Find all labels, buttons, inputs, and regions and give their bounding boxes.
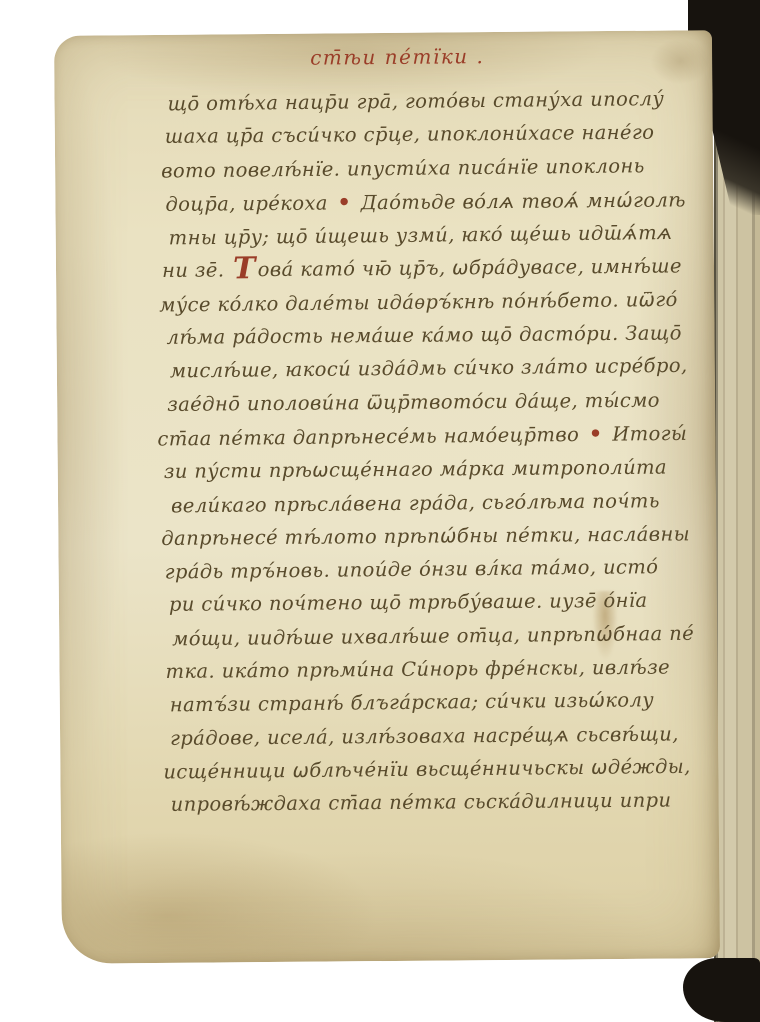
text-run: му́се ко́лко дале́ты ида́ѳръ́кнѣ по́нѣ́б…: [159, 288, 678, 317]
text-run: що̄ отѣ́ха нацр̄и гра̄, гото́вы стану́ха…: [167, 87, 664, 115]
manuscript-page: ст̄ѣи пе́тїки . що̄ отѣ́ха нацр̄и гра̄, …: [54, 30, 720, 964]
manuscript-line: що̄ отѣ́ха нацр̄и гра̄, гото́вы стану́ха…: [167, 82, 666, 121]
text-run: Дао́тьде во́лѧ твоѧ́ мнѡ́голѣ: [354, 188, 686, 214]
text-run: мо́щи, иидѣ́ше ихвалѣ́ше от̄ца, ипрѣпѡ́б…: [172, 622, 694, 651]
text-run: шаха цр̄а съси́чко ср̄це, ипоклони́хасе …: [165, 121, 655, 148]
manuscript-line: исще́нници ѡблѣче́нїи вьсще́нничьскы ѡде…: [163, 750, 672, 789]
manuscript-line: ни зе̄. Това́ като́ чю̄ цр̄ъ, ѡбра́дувас…: [162, 250, 668, 288]
manuscript-line: доцр̄а, ире́коха • Дао́тьде во́лѧ твоѧ́ …: [165, 182, 667, 221]
manuscript-line: натъ́зи странѣ́ блъга́рскаа; си́чки изьѡ…: [170, 683, 672, 722]
manuscript-line: му́се ко́лко дале́ты ида́ѳръ́кнѣ по́нѣ́б…: [159, 283, 668, 322]
text-run: мислѣ́ше, ꙗкоси́ изда́дмь си́чко зла́то …: [170, 354, 688, 383]
manuscript-line: зи пу́сти прѣѡсще́ннаго ма́рка митрополи…: [164, 451, 670, 489]
manuscript-line: ри си́чко поч́тено що̄ трѣбу́ваше. иузе̄…: [169, 584, 671, 622]
manuscript-line: тны цр̄у; що̄ и́щешь узми́, ꙗко́ ще́шь и…: [169, 216, 668, 255]
manuscript-line: мислѣ́ше, ꙗкоси́ изда́дмь си́чко зла́то …: [170, 349, 669, 388]
manuscript-line: тка. ика́то прѣми́на Си́норь фре́нскы, и…: [165, 651, 671, 689]
corner-shadow: [650, 38, 710, 85]
manuscript-line: гра́дь тръ́новь. ипои́де о́нзи вл́ка та́…: [164, 550, 670, 589]
text-run: тка. ика́то прѣми́на Си́норь фре́нскы, и…: [165, 656, 670, 683]
manuscript-line: дапрѣнесе́ тѣ́лото прѣпѡ́бны пе́тки, нас…: [161, 517, 670, 555]
text-run: зае́дно̄ иполови́на ѿцр̄твото́си да́ще, …: [167, 388, 660, 415]
manuscript-line: зае́дно̄ иполови́на ѿцр̄твото́си да́ще, …: [167, 383, 669, 421]
scan-background: ст̄ѣи пе́тїки . що̄ отѣ́ха нацр̄и гра̄, …: [0, 0, 760, 1022]
manuscript-line: мо́щи, иидѣ́ше ихвалѣ́ше от̄ца, ипрѣпѡ́б…: [172, 617, 671, 656]
text-run: тны цр̄у; що̄ и́щешь узми́, ꙗко́ ще́шь и…: [169, 221, 673, 249]
text-run: доцр̄а, ире́коха: [165, 191, 334, 215]
text-run: ри си́чко поч́тено що̄ трѣбу́ваше. иузе̄…: [169, 589, 648, 616]
rubric-initial: Т: [231, 252, 258, 287]
rubric-dot: •: [586, 421, 606, 446]
text-block: що̄ отѣ́ха нацр̄и гра̄, гото́вы стану́ха…: [164, 83, 672, 822]
text-run: гра́дь тръ́новь. ипои́де о́нзи вл́ка та́…: [165, 555, 659, 583]
rubric-dot: •: [334, 189, 354, 214]
manuscript-line: лѣ́ма ра́дость нема́ше ка́мо що̄ дасто́р…: [166, 317, 668, 355]
text-run: лѣ́ма ра́дость нема́ше ка́мо що̄ дасто́р…: [166, 321, 681, 348]
running-title: ст̄ѣи пе́тїки .: [310, 44, 484, 70]
manuscript-line: ипровѣ́ждаха ст̄аа пе́тка сьска́дилници …: [171, 784, 673, 822]
text-run: ипровѣ́ждаха ст̄аа пе́тка сьска́дилници …: [171, 789, 672, 816]
text-run: вели́каго прѣсла́вена гра́да, сьго́лѣма …: [171, 489, 660, 517]
text-run: зи пу́сти прѣѡсще́ннаго ма́рка митрополи…: [164, 456, 667, 483]
book-cover-bottom: [683, 958, 760, 1022]
text-run: ова́ като́ чю̄ цр̄ъ, ѡбра́дувасе, имнѣ́ш…: [258, 255, 682, 282]
text-run: дапрѣнесе́ тѣ́лото прѣпѡ́бны пе́тки, нас…: [161, 522, 690, 550]
manuscript-line: ст̄аа пе́тка дапрѣнесе́мь намо́ецр̄тво •…: [157, 416, 669, 456]
text-run: вото повелѣ́нїе. ипусти́ха писа́нїе ипок…: [161, 154, 645, 182]
text-run: Итогы́: [606, 422, 688, 446]
text-run: гра́дове, исела́, излѣ́зоваха насре́щѧ с…: [170, 722, 679, 749]
manuscript-line: вели́каго прѣсла́вена гра́да, сьго́лѣма …: [171, 484, 670, 523]
manuscript-line: вото повелѣ́нїе. ипусти́ха писа́нїе ипок…: [161, 149, 667, 188]
text-run: ст̄аа пе́тка дапрѣнесе́мь намо́ецр̄тво: [157, 423, 586, 451]
text-run: исще́нници ѡблѣче́нїи вьсще́нничьскы ѡде…: [163, 755, 691, 784]
manuscript-line: шаха цр̄а съси́чко ср̄це, ипоклони́хасе …: [165, 116, 667, 154]
manuscript-line: гра́дове, исела́, излѣ́зоваха насре́щѧ с…: [170, 717, 672, 755]
text-run: ни зе̄.: [162, 259, 231, 283]
text-run: натъ́зи странѣ́ блъга́рскаа; си́чки изьѡ…: [170, 689, 654, 717]
